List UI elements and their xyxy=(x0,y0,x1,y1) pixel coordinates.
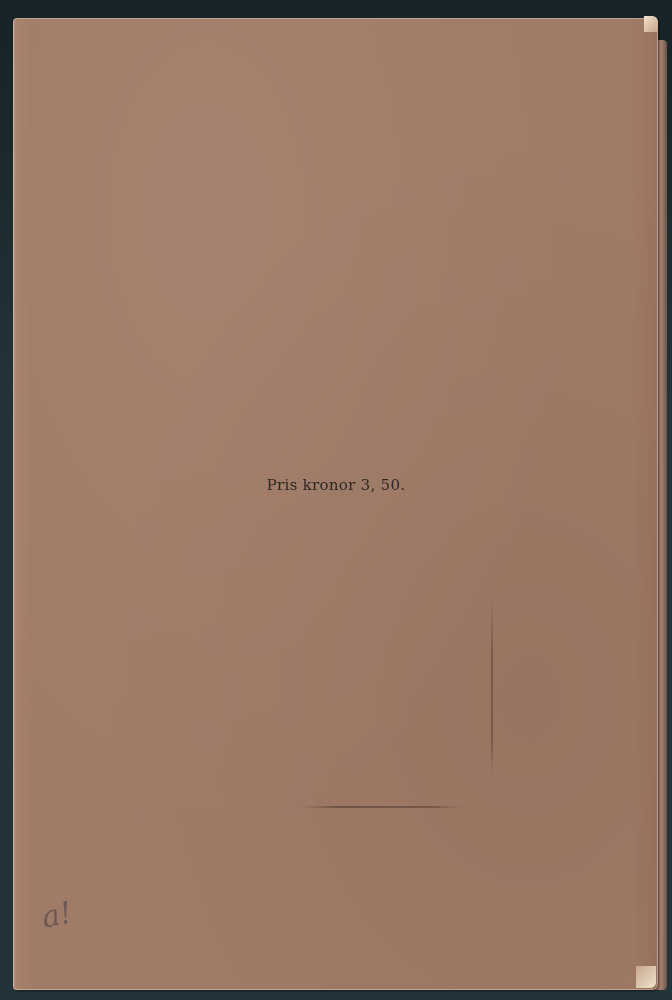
book-back-cover xyxy=(13,18,658,990)
vertical-crease xyxy=(491,600,493,775)
worn-corner-bottom-right xyxy=(636,966,656,988)
price-text: Pris kronor 3, 50. xyxy=(0,476,672,494)
horizontal-crease xyxy=(302,806,462,808)
worn-corner-top-right xyxy=(644,16,658,32)
